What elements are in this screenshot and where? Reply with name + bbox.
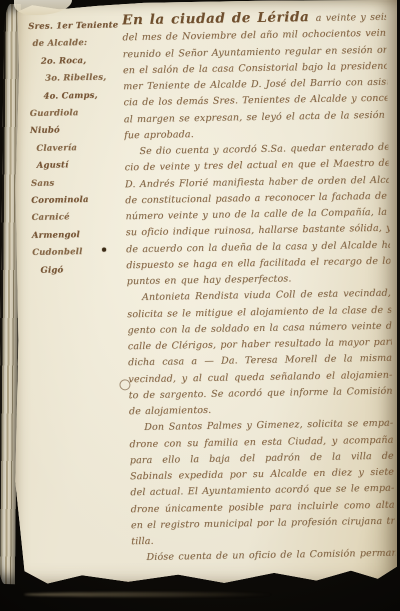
margin-note-line: Niubó	[30, 122, 127, 141]
bottom-sheet-edge	[24, 592, 274, 597]
paragraph: Dióse cuenta de un oficio de la Comisión…	[131, 546, 395, 567]
margin-note-line: Sres. 1er Teniente	[28, 17, 125, 36]
paragraph: En la ciudad de Lérida a veinte y seis d…	[122, 8, 388, 145]
paragraph: Se dio cuenta y acordó S.Sa. quedar ente…	[124, 140, 391, 291]
margin-note-line: Armengol	[32, 226, 129, 245]
paragraph: Antonieta Rendista viuda Coll de esta ve…	[127, 286, 393, 421]
margin-note-line: 2o. Roca,	[29, 52, 126, 71]
body-text: En la ciudad de Lérida a veinte y seis d…	[122, 8, 396, 567]
margin-note-line: Cudonbell	[32, 244, 129, 263]
margin-note-line: Gigó	[32, 261, 129, 280]
margin-note-line: Guardiola	[30, 104, 127, 123]
paragraph: Don Santos Palmes y Gimenez, solicita se…	[129, 416, 395, 551]
ink-blot	[102, 248, 106, 252]
margin-note-line: Corominola	[31, 191, 128, 210]
margin-note-line: 3o. Ribelles,	[29, 69, 126, 88]
opening-phrase: En la ciudad de Lérida	[122, 9, 316, 28]
margin-note-line: Agustí	[30, 156, 127, 175]
margin-notes: Sres. 1er Tenientede Alcalde:2o. Roca,3o…	[28, 17, 130, 280]
margin-note-line: de Alcalde:	[28, 35, 125, 54]
margin-note-line: Sans	[31, 174, 128, 193]
manuscript-photo: Sres. 1er Tenientede Alcalde:2o. Roca,3o…	[0, 0, 400, 611]
margin-note-line: 4o. Camps,	[29, 87, 126, 106]
handwriting-layer: Sres. 1er Tenientede Alcalde:2o. Roca,3o…	[0, 0, 400, 611]
margin-note-line: Carnicé	[31, 209, 128, 228]
text-line: Dióse cuenta de un oficio de la Comisión…	[131, 546, 395, 567]
margin-note-line: Clavería	[30, 139, 127, 158]
